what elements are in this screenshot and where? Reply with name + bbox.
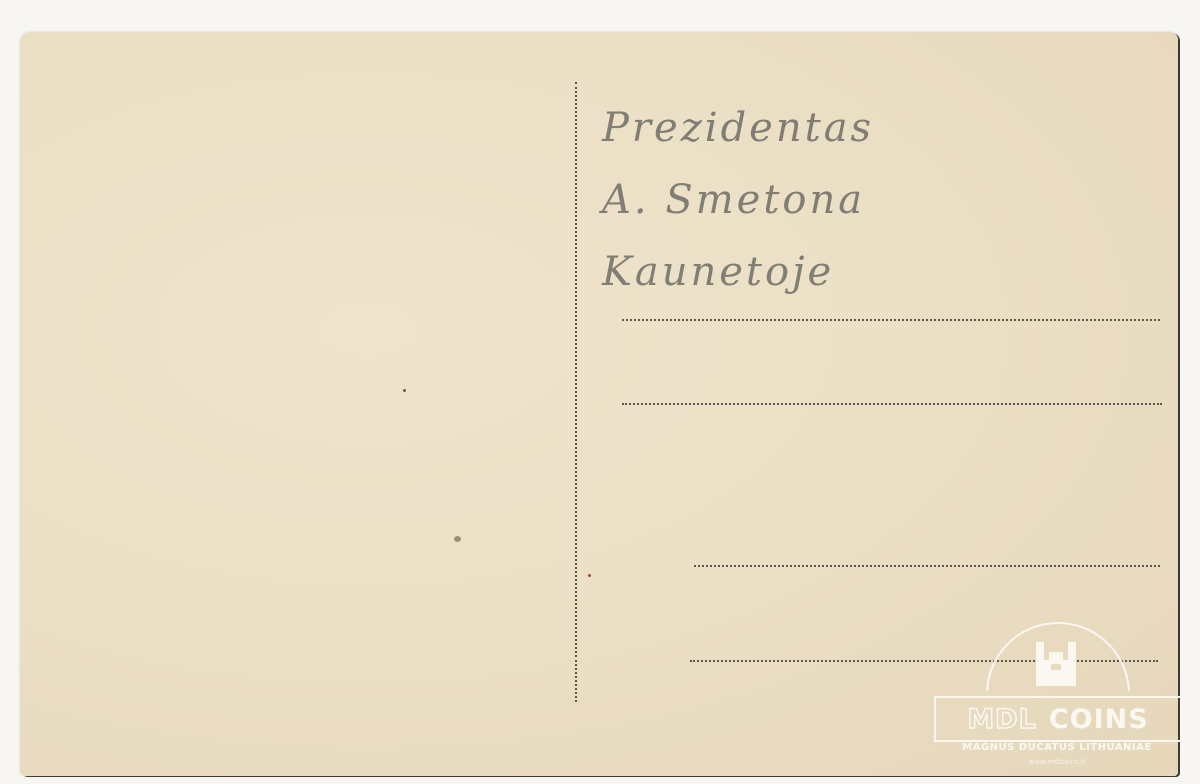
red-speck — [588, 574, 591, 577]
handwriting-line-2: A. Smetona — [602, 164, 874, 236]
address-line-1 — [622, 319, 1160, 321]
watermark-brand-outline: MDL — [967, 704, 1037, 735]
center-divider-line — [575, 82, 577, 657]
center-divider-line-lower — [575, 660, 577, 702]
watermark-url: www.mdlcoins.lt — [934, 758, 1180, 766]
watermark-logo-box: MDL COINS — [934, 696, 1182, 742]
watermark-brand-solid: COINS — [1049, 704, 1149, 735]
handwriting-line-1: Prezidentas — [602, 92, 874, 164]
paper-speck — [403, 389, 406, 392]
castle-icon — [1036, 642, 1076, 686]
handwriting-line-3: Kaunetoje — [602, 236, 874, 308]
handwritten-caption: Prezidentas A. Smetona Kaunetoje — [602, 92, 874, 308]
watermark-tagline: MAGNUS DUCATUS LITHUANIAE — [934, 742, 1180, 753]
mdl-coins-watermark: MDL COINS MAGNUS DUCATUS LITHUANIAE www.… — [934, 622, 1180, 772]
paper-stain — [454, 536, 461, 542]
address-line-3 — [694, 565, 1160, 567]
address-line-2 — [622, 403, 1162, 405]
